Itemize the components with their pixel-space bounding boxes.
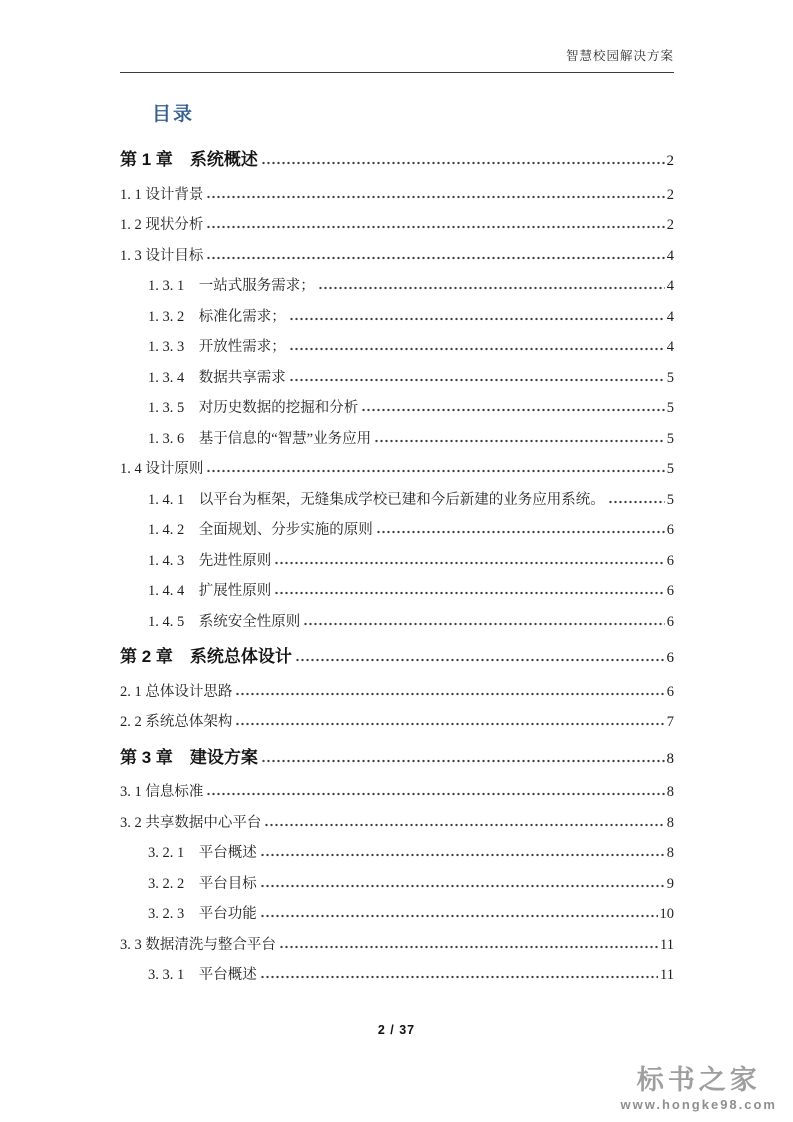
toc-entry-page: 5 (667, 393, 674, 424)
toc-entry-text: 1. 3. 1 一站式服务需求； (148, 271, 315, 302)
toc-entry-text: 3. 2. 3 平台功能 (148, 899, 257, 930)
toc-dot-leader (207, 225, 664, 229)
page-number-indicator: 2 / 37 (0, 1023, 793, 1037)
toc-entry[interactable]: 第 3 章 建设方案 8 (120, 743, 674, 775)
toc-dot-leader (362, 408, 665, 412)
toc-entry-text: 1. 3. 4 数据共享需求 (148, 363, 286, 394)
toc-entry[interactable]: 1. 4. 5 系统安全性原则 6 (120, 607, 674, 638)
toc-entry-text: 1. 3 设计目标 (120, 241, 203, 272)
toc-dot-leader (261, 914, 658, 918)
toc-entry[interactable]: 1. 3. 3 开放性需求； 4 (120, 332, 674, 363)
toc-entry-text: 第 1 章 系统概述 (120, 145, 258, 176)
toc-dot-leader (304, 622, 665, 626)
toc-entry[interactable]: 1. 3 设计目标 4 (120, 241, 674, 272)
toc-entry[interactable]: 1. 4. 3 先进性原则 6 (120, 546, 674, 577)
toc-entry-text: 1. 4. 5 系统安全性原则 (148, 607, 300, 638)
toc-entry-text: 3. 1 信息标准 (120, 777, 203, 808)
toc-dot-leader (262, 161, 665, 165)
toc-dot-leader (290, 378, 665, 382)
toc-entry[interactable]: 1. 2 现状分析 2 (120, 210, 674, 241)
toc-dot-leader (207, 792, 664, 796)
toc-entry-page: 4 (667, 332, 674, 363)
toc-dot-leader (275, 591, 665, 595)
toc-entry-page: 5 (667, 454, 674, 485)
toc-entry[interactable]: 1. 3. 6 基于信息的“智慧”业务应用 5 (120, 424, 674, 455)
toc-entry-page: 6 (667, 576, 674, 607)
toc-entry[interactable]: 1. 4 设计原则 5 (120, 454, 674, 485)
toc-entry-page: 4 (667, 241, 674, 272)
toc-entry[interactable]: 1. 3. 4 数据共享需求 5 (120, 363, 674, 394)
toc-entry[interactable]: 3. 2 共享数据中心平台 8 (120, 808, 674, 839)
toc-dot-leader (609, 500, 665, 504)
toc-entry-page: 6 (667, 515, 674, 546)
toc-entry-page: 11 (660, 930, 674, 961)
toc-dot-leader (236, 692, 664, 696)
toc-entry-page: 2 (667, 210, 674, 241)
toc-entry-text: 3. 3. 1 平台概述 (148, 960, 257, 991)
toc-dot-leader (261, 884, 665, 888)
toc-dot-leader (296, 658, 665, 662)
toc-entry[interactable]: 3. 3 数据清洗与整合平台 11 (120, 930, 674, 961)
toc-dot-leader (236, 722, 664, 726)
toc-entry-text: 2. 2 系统总体架构 (120, 707, 232, 738)
toc-entry-page: 6 (667, 546, 674, 577)
toc-entry[interactable]: 1. 4. 1 以平台为框架，无缝集成学校已建和今后新建的业务应用系统。 5 (120, 485, 674, 516)
toc-entry[interactable]: 第 2 章 系统总体设计 6 (120, 642, 674, 674)
toc-dot-leader (262, 759, 665, 763)
toc-dot-leader (290, 347, 665, 351)
toc-entry-page: 2 (667, 180, 674, 211)
watermark: 标书之家 www.hongke98.com (621, 1067, 778, 1112)
header-title: 智慧校园解决方案 (566, 49, 674, 63)
toc-entry-page: 9 (667, 869, 674, 900)
toc-entry-text: 1. 4. 4 扩展性原则 (148, 576, 271, 607)
toc-entry-page: 7 (667, 707, 674, 738)
toc-dot-leader (261, 975, 658, 979)
document-page: 智慧校园解决方案 目录 第 1 章 系统概述 2 1. 1 设计背景 2 1. … (0, 0, 793, 1122)
toc-entry-text: 第 3 章 建设方案 (120, 743, 258, 774)
toc-entry[interactable]: 3. 3. 1 平台概述 11 (120, 960, 674, 991)
toc-entry-text: 3. 2. 1 平台概述 (148, 838, 257, 869)
toc-entry-text: 1. 1 设计背景 (120, 180, 203, 211)
toc-entry-text: 3. 2. 2 平台目标 (148, 869, 257, 900)
toc-entry-page: 6 (667, 607, 674, 638)
toc-entry-page: 8 (667, 838, 674, 869)
watermark-brand: 标书之家 (621, 1067, 778, 1094)
toc-dot-leader (207, 195, 664, 199)
toc-entry-text: 1. 3. 2 标准化需求； (148, 302, 286, 333)
toc-entry[interactable]: 3. 2. 2 平台目标 9 (120, 869, 674, 900)
toc-entry[interactable]: 1. 3. 2 标准化需求； 4 (120, 302, 674, 333)
toc-dot-leader (377, 530, 665, 534)
toc-entry-page: 8 (667, 744, 675, 775)
toc-entry-text: 2. 1 总体设计思路 (120, 677, 232, 708)
toc-dot-leader (375, 439, 665, 443)
toc-entry-page: 8 (667, 808, 674, 839)
toc-entry-text: 1. 4 设计原则 (120, 454, 203, 485)
toc-entry-text: 1. 4. 1 以平台为框架，无缝集成学校已建和今后新建的业务应用系统。 (148, 485, 605, 516)
toc-entry-page: 4 (667, 271, 674, 302)
toc-entry-page: 5 (667, 485, 674, 516)
toc-entry[interactable]: 1. 4. 2 全面规划、分步实施的原则 6 (120, 515, 674, 546)
toc-entry[interactable]: 1. 1 设计背景 2 (120, 180, 674, 211)
toc-entry[interactable]: 第 1 章 系统概述 2 (120, 145, 674, 177)
toc-entry-text: 1. 2 现状分析 (120, 210, 203, 241)
toc-entry[interactable]: 3. 2. 3 平台功能 10 (120, 899, 674, 930)
toc-dot-leader (261, 853, 665, 857)
toc-entry[interactable]: 3. 2. 1 平台概述 8 (120, 838, 674, 869)
watermark-url: www.hongke98.com (621, 1097, 778, 1112)
toc-entry-page: 4 (667, 302, 674, 333)
toc-entry[interactable]: 1. 3. 1 一站式服务需求； 4 (120, 271, 674, 302)
toc-dot-leader (207, 256, 664, 260)
toc-entry-text: 1. 4. 3 先进性原则 (148, 546, 271, 577)
toc-entry-text: 3. 3 数据清洗与整合平台 (120, 930, 276, 961)
toc-entry-text: 1. 4. 2 全面规划、分步实施的原则 (148, 515, 373, 546)
toc-entry-page: 11 (660, 960, 674, 991)
toc-entry-page: 2 (667, 146, 675, 177)
toc-entry-page: 6 (667, 677, 674, 708)
toc-entry[interactable]: 2. 2 系统总体架构 7 (120, 707, 674, 738)
toc-entry-page: 5 (667, 424, 674, 455)
toc-entry-text: 3. 2 共享数据中心平台 (120, 808, 261, 839)
toc-entry-text: 1. 3. 5 对历史数据的挖掘和分析 (148, 393, 358, 424)
toc-dot-leader (280, 945, 658, 949)
toc-dot-leader (319, 286, 665, 290)
toc-entry[interactable]: 2. 1 总体设计思路 6 (120, 677, 674, 708)
toc-entry[interactable]: 1. 3. 5 对历史数据的挖掘和分析 5 (120, 393, 674, 424)
toc-title: 目录 (152, 99, 194, 126)
toc-entry-text: 1. 3. 6 基于信息的“智慧”业务应用 (148, 424, 371, 455)
toc-list: 第 1 章 系统概述 2 1. 1 设计背景 2 1. 2 现状分析 2 1. … (120, 140, 674, 991)
toc-entry-text: 第 2 章 系统总体设计 (120, 642, 292, 673)
toc-entry-text: 1. 3. 3 开放性需求； (148, 332, 286, 363)
toc-entry-page: 8 (667, 777, 674, 808)
toc-entry[interactable]: 1. 4. 4 扩展性原则 6 (120, 576, 674, 607)
toc-entry[interactable]: 3. 1 信息标准 8 (120, 777, 674, 808)
toc-entry-page: 5 (667, 363, 674, 394)
toc-dot-leader (275, 561, 665, 565)
document-header: 智慧校园解决方案 (120, 46, 674, 73)
toc-dot-leader (207, 469, 664, 473)
toc-dot-leader (265, 823, 664, 827)
toc-dot-leader (290, 317, 665, 321)
toc-entry-page: 6 (667, 643, 675, 674)
toc-entry-page: 10 (660, 899, 675, 930)
